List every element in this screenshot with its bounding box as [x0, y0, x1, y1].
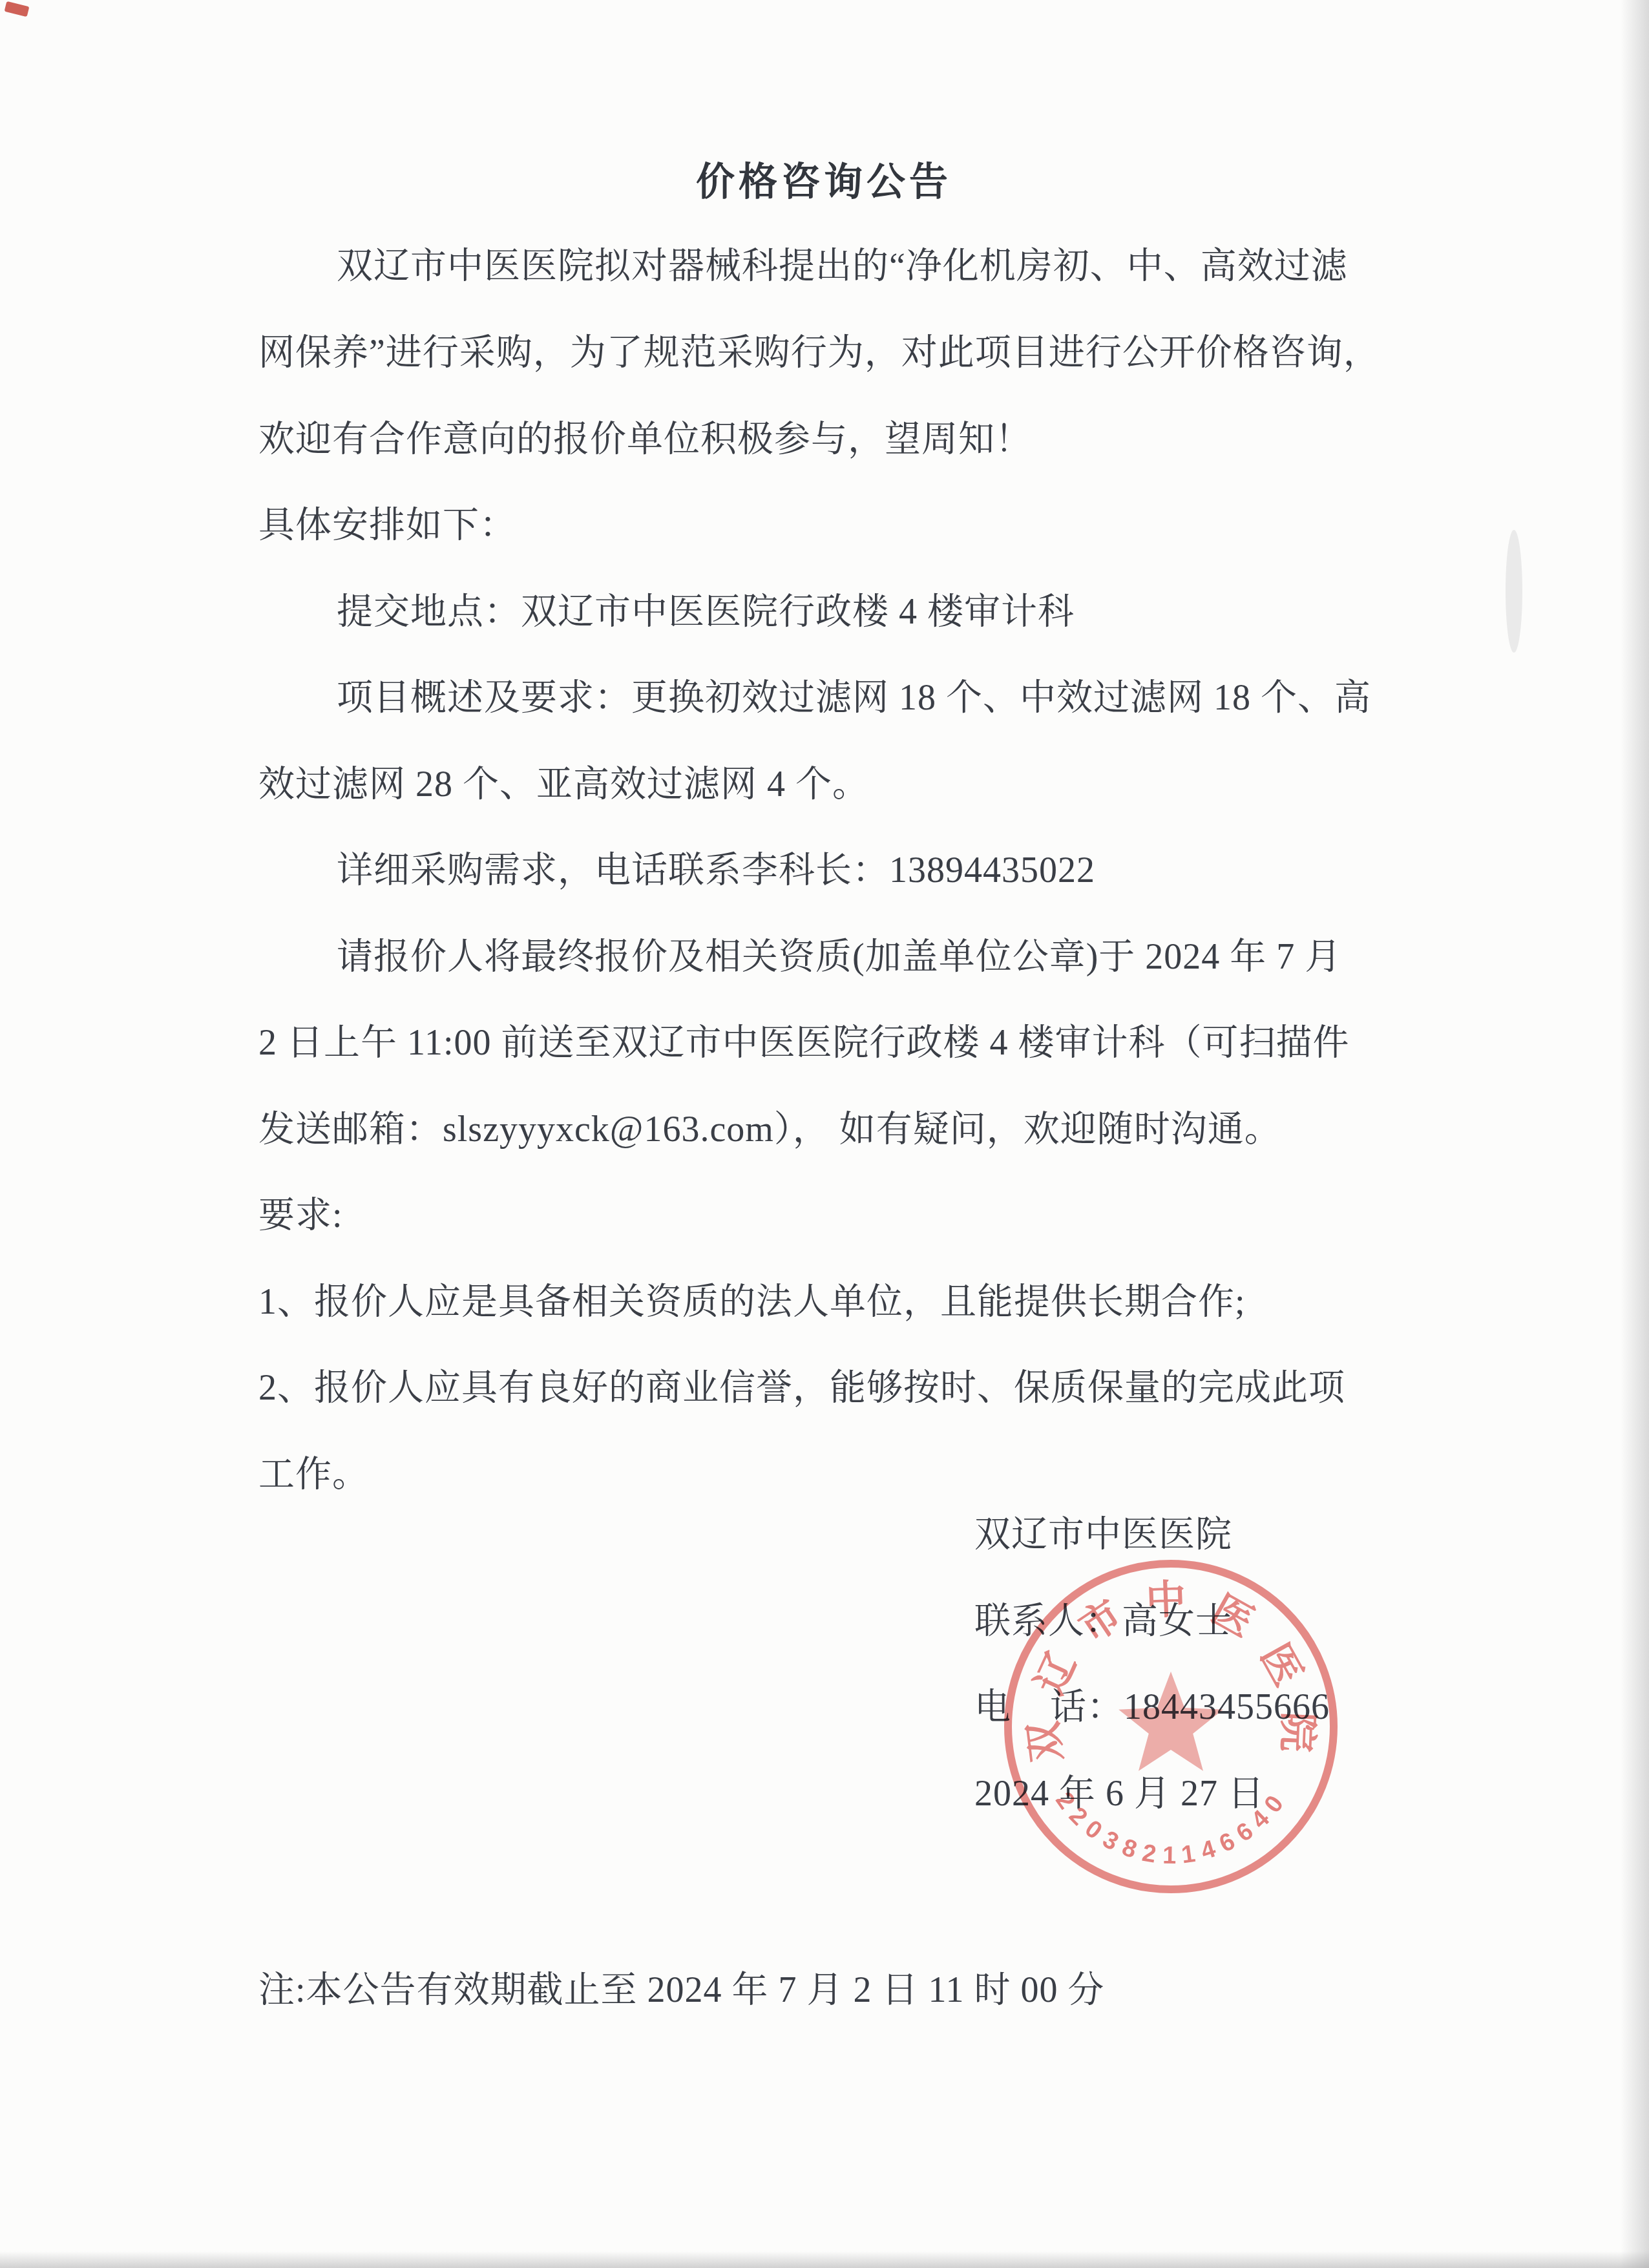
body-line: 1、报价人应是具备相关资质的法人单位，且能提供长期合作; — [258, 1281, 1246, 1323]
body-line: 工作。 — [258, 1454, 369, 1495]
body-line: 双辽市中医医院拟对器械科提出的“净化机房初、中、高效过滤 — [337, 246, 1348, 287]
star-icon — [1119, 1672, 1223, 1771]
official-seal-stamp: 双辽市中医医院 2203821146640 — [996, 1552, 1345, 1901]
scan-artifact-smudge — [1506, 530, 1522, 653]
body-line: 要求: — [258, 1195, 343, 1236]
signature-org: 双辽市中医医院 — [974, 1514, 1232, 1555]
body-line: 2、报价人应具有良好的商业信誉，能够按时、保质保量的完成此项 — [258, 1367, 1345, 1409]
scan-artifact-red-speck — [5, 1, 30, 17]
footnote: 注:本公告有效期截止至 2024 年 7 月 2 日 11 时 00 分 — [258, 1969, 1104, 2011]
body-line: 发送邮箱：slszyyyxck@163.com）， 如有疑问，欢迎随时沟通。 — [258, 1109, 1281, 1150]
body-line: 提交地点：双辽市中医医院行政楼 4 楼审计科 — [337, 591, 1075, 633]
body-line: 详细采购需求，电话联系李科长：13894435022 — [337, 850, 1095, 891]
seal-serial-number: 2203821146640 — [1050, 1787, 1289, 1869]
scan-edge-shadow-bottom — [0, 2251, 1649, 2268]
body-line: 项目概述及要求：更换初效过滤网 18 个、中效过滤网 18 个、高 — [337, 677, 1371, 719]
body-line: 2 日上午 11:00 前送至双辽市中医医院行政楼 4 楼审计科（可扫描件 — [258, 1022, 1349, 1064]
body-line: 效过滤网 28 个、亚高效过滤网 4 个。 — [258, 764, 869, 805]
body-line: 请报价人将最终报价及相关资质(加盖单位公章)于 2024 年 7 月 — [337, 936, 1341, 978]
body-line: 具体安排如下： — [258, 505, 516, 546]
body-line: 欢迎有合作意向的报价单位积极参与，望周知！ — [258, 419, 1032, 460]
doc-title: 价格咨询公告 — [258, 151, 1389, 207]
scan-edge-shadow-right — [1621, 0, 1649, 2268]
body-line: 网保养”进行采购，为了规范采购行为，对此项目进行公开价格咨询， — [258, 332, 1380, 373]
scanned-document-page: 价格咨询公告 双辽市中医医院拟对器械科提出的“净化机房初、中、高效过滤 网保养”… — [0, 0, 1649, 2268]
